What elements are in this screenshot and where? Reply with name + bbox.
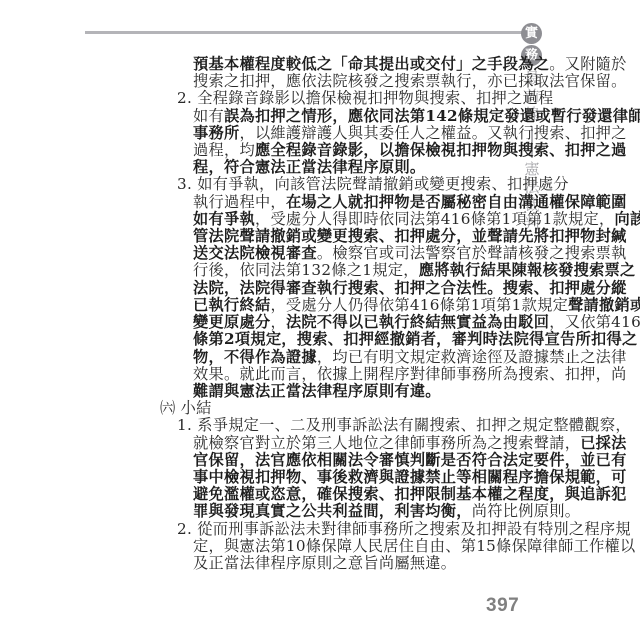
text-line: 管法院聲請撤銷或變更搜索、扣押處分，並聲請先將扣押物封緘: [193, 227, 627, 246]
text-line: 罪與發現真實之公共利益間，利害均衡，尚符比例原則。: [193, 502, 580, 521]
text-run: 定，與憲法第10條保障人民居住自由、第15條保障律師工作權以: [193, 537, 636, 555]
bold-run: 變更原處分: [193, 313, 270, 331]
text-run: 效果。就此而言，依據上開程序對律師事務所為搜索、扣押，尚: [193, 365, 627, 383]
text-run: ，又依第416: [549, 313, 640, 331]
page-number: 397: [486, 595, 519, 617]
text-run: 。又附隨於: [549, 55, 626, 73]
text-run: 尚符比例原則。: [472, 502, 580, 520]
text-line: 行後，依同法第132條之1規定，應將執行結果陳報核發搜索票之: [193, 261, 636, 280]
bold-run: 聲請撤銷或: [568, 296, 640, 314]
text-run: 執行過程中，: [193, 193, 286, 211]
text-run: 1. 系爭規定一、二及刑事訴訟法有關搜索、扣押之規定整體觀察，: [177, 416, 631, 434]
bold-run: 應全程錄音錄影，以擔保檢視扣押物與搜索、扣押之過: [255, 141, 627, 159]
text-line: 如有誤為扣押之情形，應依同法第142條規定發還或暫行發還律師: [193, 107, 640, 126]
text-run: 2. 從而刑事訴訟法未對律師事務所之搜索及扣押設有特別之程序規: [177, 520, 631, 538]
text-line: 如有爭執，受處分人得即時依同法第416條第1項第1款規定，向該: [193, 210, 640, 229]
text-run: ㈥ 小結: [160, 399, 212, 417]
text-line: 條第2項規定，搜索、扣押經撤銷者，審判時法院得宣告所扣得之: [193, 330, 638, 349]
bold-run: 官保留，法官應依相關法令審慎判斷是否符合法定要件，並已有: [193, 451, 627, 469]
text-line: 程，符合憲法正當法律程序原則。: [193, 158, 425, 177]
bold-run: 向該: [615, 210, 640, 228]
text-run: 及正當法律程序原則之意旨尚屬無違。: [193, 554, 456, 572]
text-line: 2. 全程錄音錄影以擔保檢視扣押物與搜索、扣押之過程: [177, 89, 553, 108]
bold-run: 條第2項規定，搜索、扣押經撤銷者，審判時法院得宣告所扣得之: [193, 330, 638, 348]
bold-run: 程，符合憲法正當法律程序原則。: [193, 158, 425, 176]
text-line: 法院，法院得審查執行搜索、扣押之合法性。搜索、扣押處分縱: [193, 279, 627, 298]
text-line: 難謂與憲法正當法律程序原則有違。: [193, 382, 441, 401]
bold-run: 罪與發現真實之公共利益間，利害均衡，: [193, 502, 472, 520]
text-line: 就檢察官對立於第三人地位之律師事務所為之搜索聲請，已採法: [193, 434, 627, 453]
bold-run: 法院，法院得審查執行搜索、扣押之合法性。搜索、扣押處分縱: [193, 279, 627, 297]
text-line: 及正當法律程序原則之意旨尚屬無違。: [193, 554, 456, 573]
bold-run: 送交法院檢視審查: [193, 244, 317, 262]
text-line: 事中檢視扣押物、事後救濟與證據禁止等相關程序擔保規範，可: [193, 468, 627, 487]
bold-run: 在場之人就扣押物是否屬秘密自由溝通權保障範圍: [286, 193, 627, 211]
text-line: 2. 從而刑事訴訟法未對律師事務所之搜索及扣押設有特別之程序規: [177, 520, 631, 539]
text-run: 2. 全程錄音錄影以擔保檢視扣押物與搜索、扣押之過程: [177, 89, 553, 107]
text-line: 物，不得作為證據，均已有明文規定救濟途徑及證據禁止之法律: [193, 348, 627, 367]
text-line: 官保留，法官應依相關法令審慎判斷是否符合法定要件，並已有: [193, 451, 627, 470]
text-run: 就檢察官對立於第三人地位之律師事務所為之搜索聲請，: [193, 434, 580, 452]
bold-run: 預基本權程度較低之「命其提出或交付」之手段為之: [193, 55, 549, 73]
text-line: 過程，均應全程錄音錄影，以擔保檢視扣押物與搜索、扣押之過: [193, 141, 627, 160]
header-rule: [85, 31, 530, 34]
text-run: ，受處分人得即時依同法第416條第1項第1款規定，: [255, 210, 615, 228]
text-line: 避免濫權或恣意，確保搜索、扣押限制基本權之程度，與追訴犯: [193, 485, 627, 504]
text-run: ，以維護辯護人與其委任人之權益。又執行搜索、扣押之: [239, 124, 626, 142]
text-run: 行後，依同法第132條之1規定，: [193, 261, 419, 279]
bold-run: 已採法: [580, 434, 626, 452]
text-line: 執行過程中，在場之人就扣押物是否屬秘密自由溝通權保障範圍: [193, 193, 627, 212]
text-run: ，均已有明文規定救濟途徑及證據禁止之法律: [317, 348, 627, 366]
text-run: 如有: [193, 107, 224, 125]
text-line: 已執行終結，受處分人仍得依第416條第1項第1款規定聲請撤銷或: [193, 296, 640, 315]
text-line: 1. 系爭規定一、二及刑事訴訟法有關搜索、扣押之規定整體觀察，: [177, 416, 631, 435]
text-line: 效果。就此而言，依據上開程序對律師事務所為搜索、扣押，尚: [193, 365, 627, 384]
text-run: 過程，均: [193, 141, 255, 159]
text-line: 搜索之扣押，應依法院核發之搜索票執行，亦已採取法官保留。: [193, 72, 627, 91]
bold-run: 管法院聲請撤銷或變更搜索、扣押處分，並聲請先將扣押物封緘: [193, 227, 627, 245]
text-line: 變更原處分，法院不得以已執行終結無實益為由駁回，又依第416: [193, 313, 640, 332]
text-line: 定，與憲法第10條保障人民居住自由、第15條保障律師工作權以: [193, 537, 636, 556]
bold-run: 事務所: [193, 124, 239, 142]
text-line: 預基本權程度較低之「命其提出或交付」之手段為之。又附隨於: [193, 55, 627, 74]
bold-run: 應將執行結果陳報核發搜索票之: [419, 261, 636, 279]
bold-run: 已執行終結: [193, 296, 270, 314]
text-line: ㈥ 小結: [160, 399, 212, 418]
bold-run: 難謂與憲法正當法律程序原則有違。: [193, 382, 441, 400]
bold-run: 如有爭執: [193, 210, 255, 228]
text-line: 3. 如有爭執，向該管法院聲請撤銷或變更搜索、扣押處分: [177, 175, 569, 194]
text-run: 。檢察官或司法警察官於聲請核發之搜索票執: [317, 244, 627, 262]
text-run: ，: [270, 313, 286, 331]
text-line: 送交法院檢視審查。檢察官或司法警察官於聲請核發之搜索票執: [193, 244, 627, 263]
bold-run: 事中檢視扣押物、事後救濟與證據禁止等相關程序擔保規範，可: [193, 468, 627, 486]
bold-run: 避免濫權或恣意，確保搜索、扣押限制基本權之程度，與追訴犯: [193, 485, 627, 503]
bold-run: 誤為扣押之情形，應依同法第142條規定發還或暫行發還律師: [224, 107, 640, 125]
text-line: 事務所，以維護辯護人與其委任人之權益。又執行搜索、扣押之: [193, 124, 627, 143]
bold-run: 法院不得以已執行終結無實益為由駁回: [286, 313, 549, 331]
text-run: 3. 如有爭執，向該管法院聲請撤銷或變更搜索、扣押處分: [177, 175, 569, 193]
badge-char-1: 實: [521, 23, 542, 44]
text-run: ，受處分人仍得依第416條第1項第1款規定: [270, 296, 568, 314]
bold-run: 物，不得作為證據: [193, 348, 317, 366]
text-run: 搜索之扣押，應依法院核發之搜索票執行，亦已採取法官保留。: [193, 72, 627, 90]
